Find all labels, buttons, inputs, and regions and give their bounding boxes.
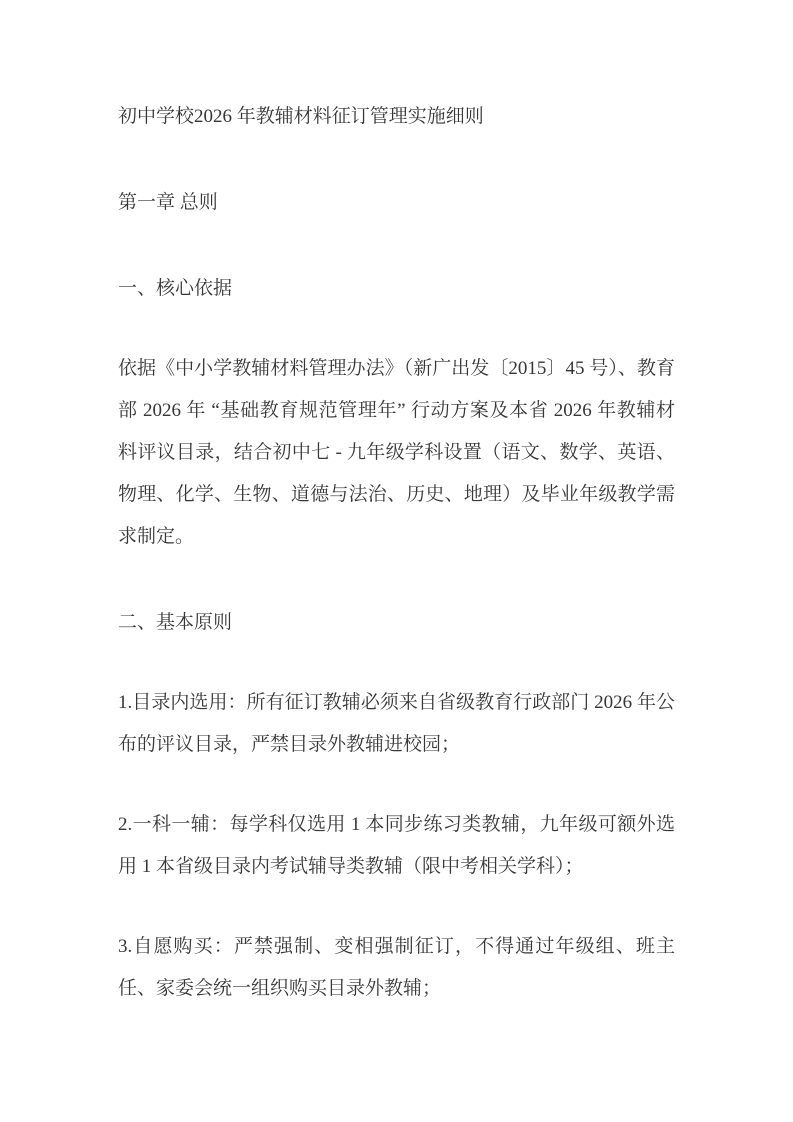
paragraph-principle-2-one-subject-one-aid: 2.一科一辅：每学科仅选用 1 本同步练习类教辅，九年级可额外选用 1 本省级目… — [118, 804, 675, 888]
chapter-heading: 第一章 总则 — [118, 182, 675, 224]
section-heading-core-basis: 一、核心依据 — [118, 268, 675, 310]
document-title: 初中学校2026 年教辅材料征订管理实施细则 — [118, 96, 675, 138]
section-heading-basic-principles: 二、基本原则 — [118, 602, 675, 644]
paragraph-principle-1-catalog-selection: 1.目录内选用：所有征订教辅必须来自省级教育行政部门 2026 年公布的评议目录… — [118, 682, 675, 766]
paragraph-core-basis: 依据《中小学教辅材料管理办法》（新广出发〔2015〕45 号）、教育部 2026… — [118, 348, 675, 558]
document-page: 初中学校2026 年教辅材料征订管理实施细则 第一章 总则 一、核心依据 依据《… — [0, 0, 793, 1122]
paragraph-principle-3-voluntary-purchase: 3.自愿购买：严禁强制、变相强制征订，不得通过年级组、班主任、家委会统一组织购买… — [118, 926, 675, 1010]
